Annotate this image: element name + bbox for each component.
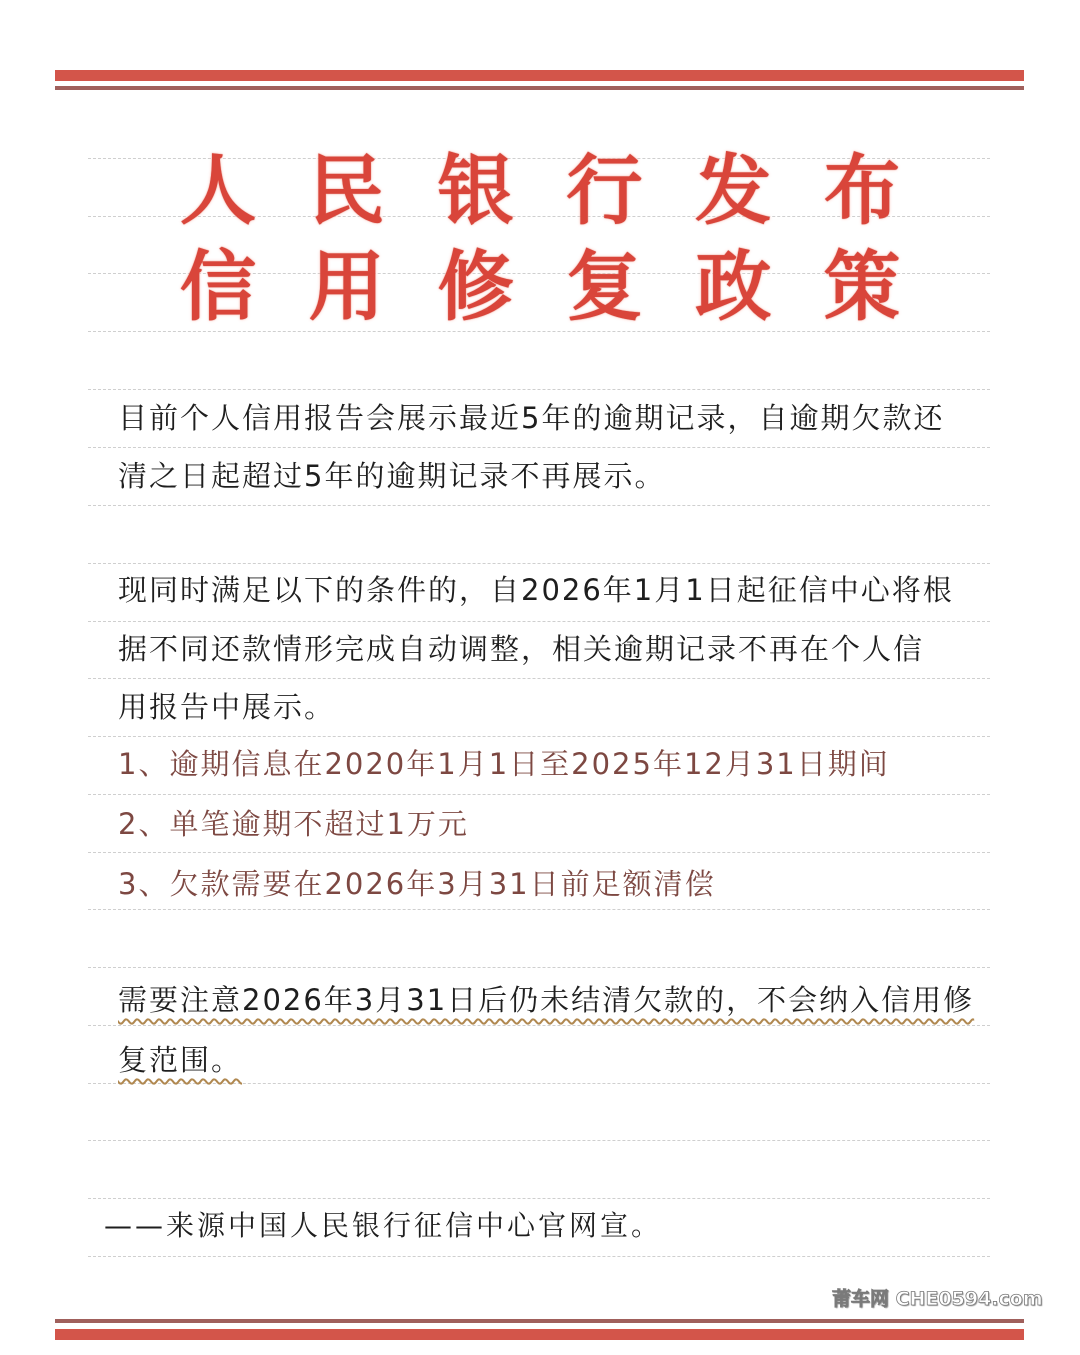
paragraph-line: 目前个人信用报告会展示最近5年的逾期记录，自逾期欠款还	[118, 398, 944, 438]
title-char: 政	[685, 242, 781, 332]
condition-item: 3、欠款需要在2026年3月31日前足额清偿	[118, 864, 716, 904]
title-char: 民	[299, 146, 395, 236]
rule-line	[88, 389, 990, 390]
rule-line	[88, 563, 990, 564]
rule-line	[88, 1256, 990, 1257]
rule-line	[88, 621, 990, 622]
rule-line	[88, 852, 990, 853]
rule-line	[88, 1140, 990, 1141]
title-char: 发	[685, 146, 781, 236]
title-char: 策	[814, 242, 910, 332]
rule-line	[88, 1198, 990, 1199]
title-char: 信	[170, 242, 266, 332]
rule-line	[88, 967, 990, 968]
note-line: 需要注意2026年3月31日后仍未结清欠款的，不会纳入信用修	[118, 980, 974, 1020]
watermark: 莆车网 CHE0594.com	[832, 1284, 1043, 1311]
condition-item: 2、单笔逾期不超过1万元	[118, 804, 469, 844]
title-char: 修	[428, 242, 524, 332]
title-char: 人	[170, 146, 266, 236]
note-line: 复范围。	[118, 1040, 242, 1080]
title-char: 布	[814, 146, 910, 236]
rule-line	[88, 1025, 990, 1026]
rule-line	[88, 1083, 990, 1084]
bottom-border-thick	[55, 1329, 1024, 1340]
rule-line	[88, 794, 990, 795]
title-char: 复	[556, 242, 652, 332]
source-attribution: ——来源中国人民银行征信中心官网宣。	[104, 1206, 662, 1246]
rule-line	[88, 909, 990, 910]
top-border-thin	[55, 86, 1024, 90]
title-char: 行	[556, 146, 652, 236]
title-line-2: 信 用 修 复 政 策	[170, 242, 910, 332]
title-char: 银	[428, 146, 524, 236]
title-line-1: 人 民 银 行 发 布	[170, 146, 910, 236]
paragraph-line: 据不同还款情形完成自动调整，相关逾期记录不再在个人信	[118, 629, 924, 669]
top-border-thick	[55, 70, 1024, 81]
rule-line	[88, 678, 990, 679]
rule-line	[88, 736, 990, 737]
title-char: 用	[299, 242, 395, 332]
paragraph-line: 现同时满足以下的条件的，自2026年1月1日起征信中心将根	[118, 570, 954, 610]
condition-item: 1、逾期信息在2020年1月1日至2025年12月31日期间	[118, 744, 890, 784]
note-line-text: 复范围。	[118, 1043, 242, 1077]
paragraph-line: 清之日起超过5年的逾期记录不再展示。	[118, 456, 665, 496]
bottom-border-thin	[55, 1319, 1024, 1323]
rule-line	[88, 447, 990, 448]
rule-line	[88, 505, 990, 506]
note-line-text: 需要注意2026年3月31日后仍未结清欠款的，不会纳入信用修	[118, 983, 974, 1017]
paragraph-line: 用报告中展示。	[118, 687, 335, 727]
